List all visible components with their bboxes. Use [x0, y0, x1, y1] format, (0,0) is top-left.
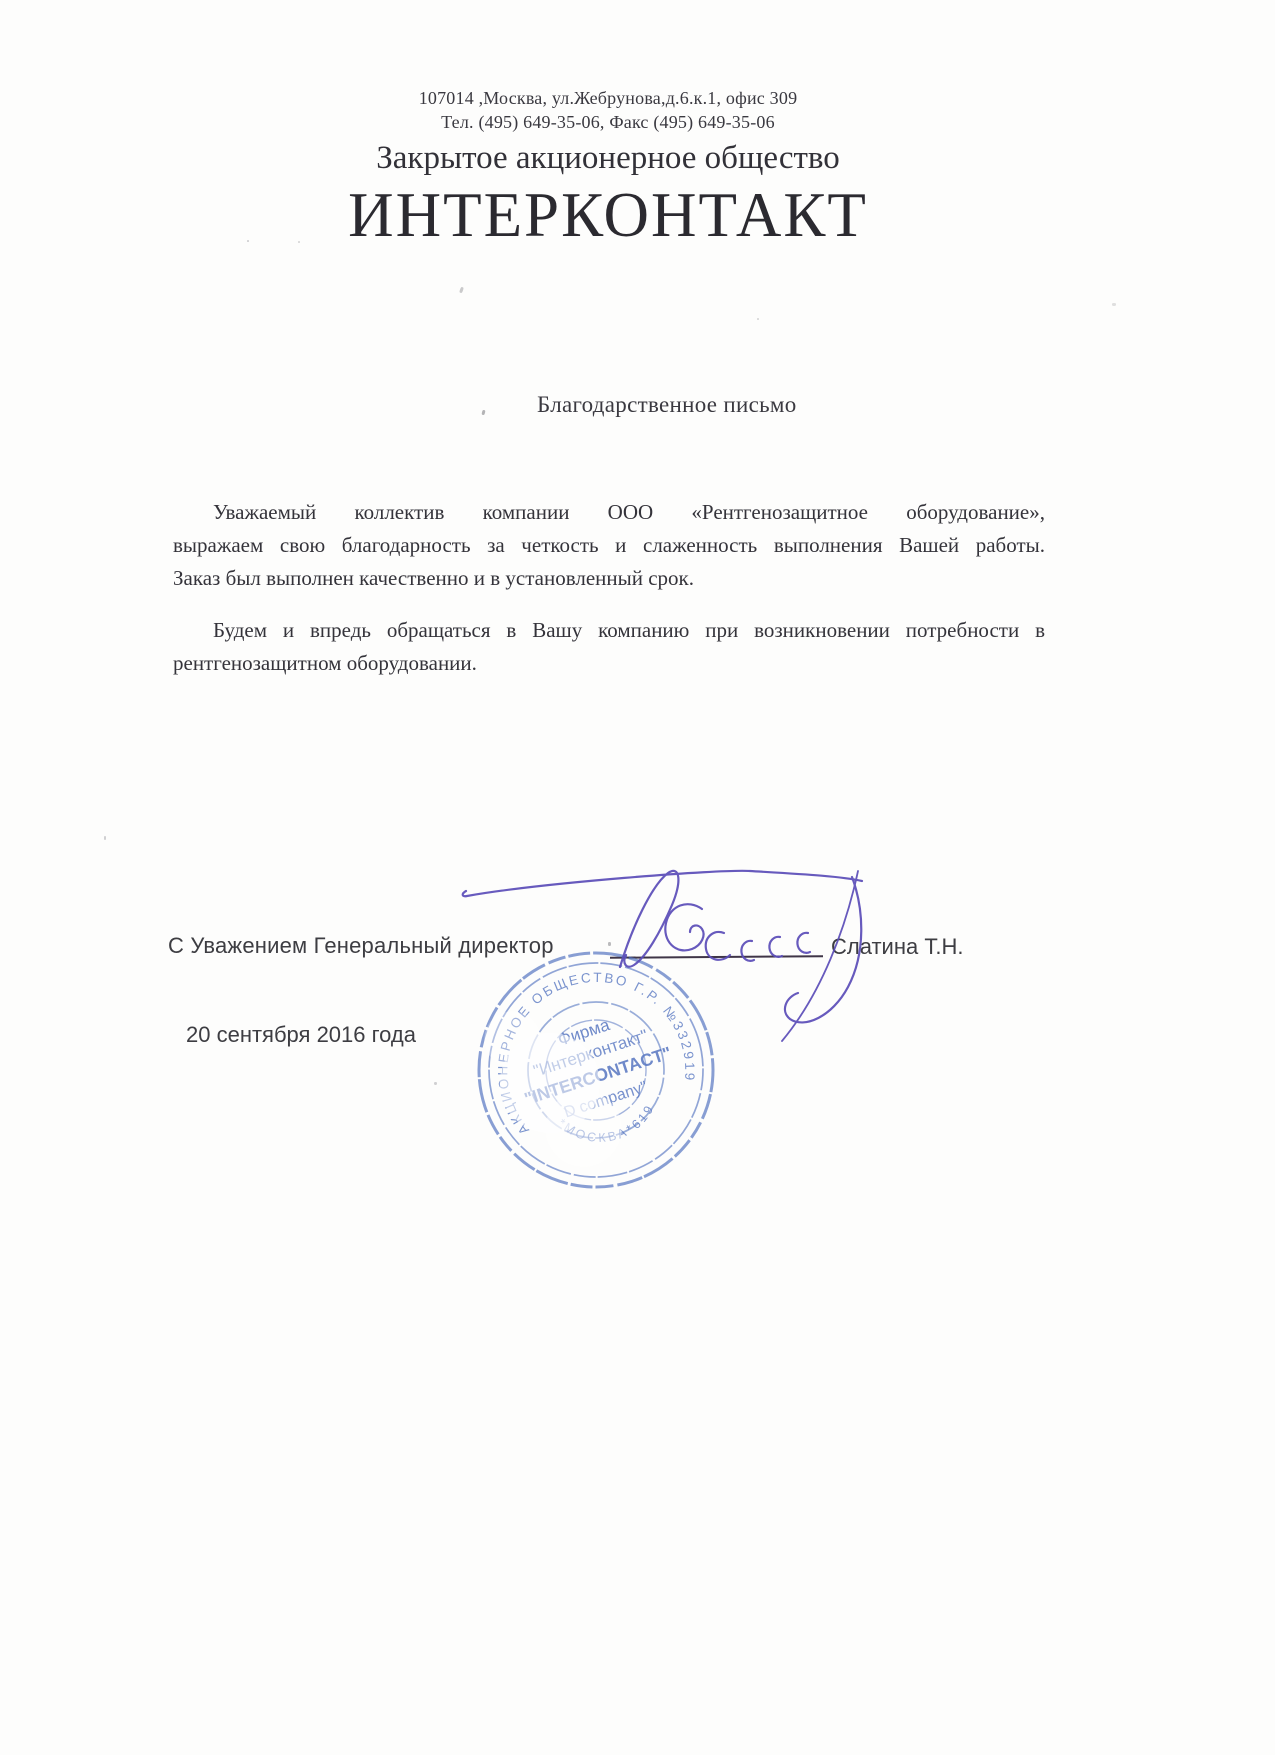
paragraph-line: выражаем свою благодарность за четкость …	[173, 529, 1045, 562]
paragraph-2: Будем и впредь обращаться в Вашу компани…	[173, 614, 1045, 680]
paragraph-1: Уважаемый коллектив компании ООО «Рентге…	[173, 496, 1045, 595]
letterhead: 107014 ,Москва, ул.Жебрунова,д.6.к.1, оф…	[0, 86, 1216, 250]
scan-speck	[459, 287, 464, 294]
scan-speck	[757, 318, 759, 320]
letter-date: 20 сентября 2016 года	[186, 1022, 416, 1048]
letter-title: Благодарственное письмо	[537, 392, 797, 418]
paragraph-line: рентгенозащитном оборудовании.	[173, 647, 1045, 680]
signature	[420, 835, 900, 1065]
scan-speck	[104, 836, 106, 840]
scanned-letter-page: 107014 ,Москва, ул.Жебрунова,д.6.к.1, оф…	[0, 0, 1275, 1755]
scan-speck	[434, 1082, 437, 1085]
letterhead-phone-fax: Тел. (495) 649-35-06, Факс (495) 649-35-…	[0, 110, 1216, 134]
paragraph-line: Заказ был выполнен качественно и в устан…	[173, 562, 1045, 595]
paragraph-line: Уважаемый коллектив компании ООО «Рентге…	[173, 496, 1045, 529]
letterhead-org-type: Закрытое акционерное общество	[0, 136, 1216, 180]
scan-speck	[608, 942, 611, 946]
letterhead-address: 107014 ,Москва, ул.Жебрунова,д.6.к.1, оф…	[0, 86, 1216, 110]
letterhead-org-name: ИНТЕРКОНТАКТ	[0, 180, 1216, 250]
scan-speck	[1112, 303, 1116, 306]
scan-speck	[247, 240, 249, 242]
scan-speck	[298, 241, 300, 243]
paragraph-line: Будем и впредь обращаться в Вашу компани…	[173, 614, 1045, 647]
scan-speck	[481, 410, 485, 416]
